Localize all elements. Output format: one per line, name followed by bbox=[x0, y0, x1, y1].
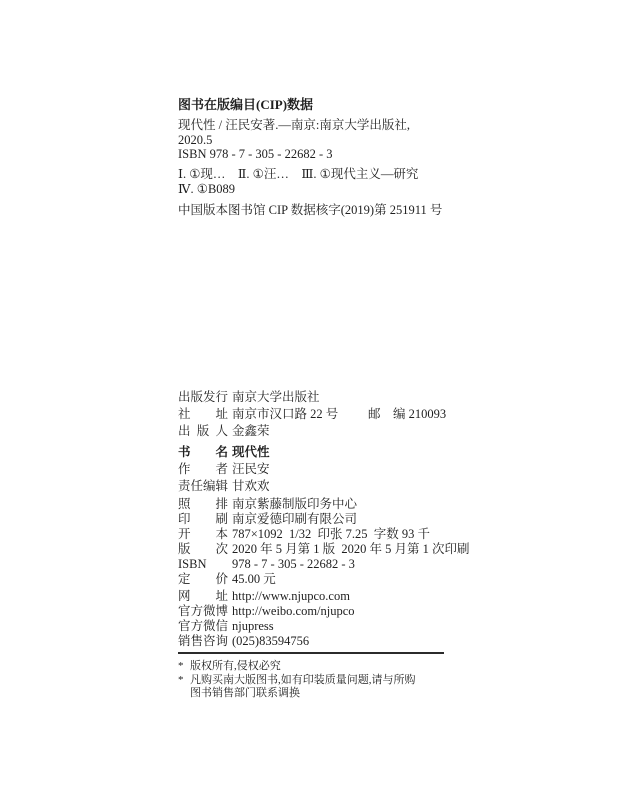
note-line: 图书销售部门联系调换 bbox=[190, 687, 416, 701]
row-address: 社址 南京市汉口路 22 号 邮 编 210093 bbox=[178, 406, 478, 423]
note-line: 版权所有,侵权必究 bbox=[190, 660, 281, 674]
row-label: 责任编辑 bbox=[178, 478, 228, 495]
row-label: ISBN bbox=[178, 557, 228, 572]
cip-data-block: 图书在版编目(CIP)数据 现代性 / 汪民安著.—南京:南京大学出版社, 20… bbox=[178, 97, 488, 218]
row-value: 汪民安 bbox=[232, 461, 270, 478]
row-edition: 版次 2020 年 5 月第 1 版 2020 年 5 月第 1 次印刷 bbox=[178, 542, 478, 557]
row-value: http://www.njupco.com bbox=[232, 589, 350, 604]
row-value: 南京爱德印刷有限公司 bbox=[232, 512, 357, 527]
row-label: 官方微博 bbox=[178, 604, 228, 619]
book-copyright-page: 图书在版编目(CIP)数据 现代性 / 汪民安著.—南京:南京大学出版社, 20… bbox=[0, 0, 640, 800]
row-label: 作者 bbox=[178, 461, 228, 478]
note-item: * 版权所有,侵权必究 bbox=[178, 660, 464, 674]
row-value: http://weibo.com/njupco bbox=[232, 604, 355, 619]
row-format: 开本 787×1092 1/32 印张 7.25 字数 93 千 bbox=[178, 527, 478, 542]
row-author: 作者 汪民安 bbox=[178, 461, 478, 478]
note-text: 凡购买南大版图书,如有印装质量问题,请与所购 图书销售部门联系调换 bbox=[190, 674, 416, 701]
cip-entry-line: 现代性 / 汪民安著.—南京:南京大学出版社, bbox=[178, 118, 488, 133]
asterisk-bullet: * bbox=[178, 660, 190, 674]
postal-code: 邮 编 210093 bbox=[368, 406, 446, 423]
row-value: 金鑫荣 bbox=[232, 423, 270, 440]
row-label: 出版发行 bbox=[178, 389, 228, 406]
row-value: (025)83594756 bbox=[232, 634, 309, 649]
row-value: 甘欢欢 bbox=[232, 478, 270, 495]
cip-record-line: 中国版本图书馆 CIP 数据核字(2019)第 251911 号 bbox=[178, 203, 488, 218]
row-price: 定价 45.00 元 bbox=[178, 572, 478, 587]
row-label: 印刷 bbox=[178, 512, 228, 527]
row-label: 网址 bbox=[178, 589, 228, 604]
cip-heading: 图书在版编目(CIP)数据 bbox=[178, 97, 488, 112]
row-printing: 印刷 南京爱德印刷有限公司 bbox=[178, 512, 478, 527]
colophon-block: 出版发行 南京大学出版社 社址 南京市汉口路 22 号 邮 编 210093 出… bbox=[178, 389, 478, 649]
row-label: 出版人 bbox=[178, 423, 228, 440]
row-label: 销售咨询 bbox=[178, 634, 228, 649]
row-book-title: 书名 现代性 bbox=[178, 444, 478, 461]
footer-notes: * 版权所有,侵权必究 * 凡购买南大版图书,如有印装质量问题,请与所购 图书销… bbox=[178, 660, 464, 701]
note-text: 版权所有,侵权必究 bbox=[190, 660, 281, 674]
row-label: 照排 bbox=[178, 497, 228, 512]
row-editor: 责任编辑 甘欢欢 bbox=[178, 478, 478, 495]
row-president: 出版人 金鑫荣 bbox=[178, 423, 478, 440]
row-value: 2020 年 5 月第 1 版 2020 年 5 月第 1 次印刷 bbox=[232, 542, 470, 557]
row-value: 现代性 bbox=[232, 444, 270, 461]
note-line: 凡购买南大版图书,如有印装质量问题,请与所购 bbox=[190, 674, 416, 688]
row-value: 45.00 元 bbox=[232, 572, 276, 587]
row-label: 官方微信 bbox=[178, 619, 228, 634]
row-value: 787×1092 1/32 印张 7.25 字数 93 千 bbox=[232, 527, 430, 542]
row-label: 版次 bbox=[178, 542, 228, 557]
row-label: 开本 bbox=[178, 527, 228, 542]
postal-value: 210093 bbox=[409, 407, 447, 421]
cip-classification-line: Ⅰ. ①现… Ⅱ. ①汪… Ⅲ. ①现代主义—研究 bbox=[178, 167, 488, 182]
postal-label: 邮 编 bbox=[368, 406, 406, 423]
row-value: njupress bbox=[232, 619, 274, 634]
row-value: 978 - 7 - 305 - 22682 - 3 bbox=[232, 557, 355, 572]
cip-entry-line: 2020.5 bbox=[178, 133, 488, 148]
row-sales-phone: 销售咨询 (025)83594756 bbox=[178, 634, 478, 649]
note-item: * 凡购买南大版图书,如有印装质量问题,请与所购 图书销售部门联系调换 bbox=[178, 674, 464, 701]
cip-isbn-line: ISBN 978 - 7 - 305 - 22682 - 3 bbox=[178, 147, 488, 162]
asterisk-bullet: * bbox=[178, 674, 190, 701]
row-website: 网址 http://www.njupco.com bbox=[178, 589, 478, 604]
row-value: 南京大学出版社 bbox=[232, 389, 320, 406]
row-typesetting: 照排 南京紫藤制版印务中心 bbox=[178, 497, 478, 512]
row-value: 南京市汉口路 22 号 bbox=[232, 406, 338, 423]
row-label: 书名 bbox=[178, 444, 228, 461]
cip-classification-line: Ⅳ. ①B089 bbox=[178, 182, 488, 197]
row-publisher: 出版发行 南京大学出版社 bbox=[178, 389, 478, 406]
row-wechat: 官方微信 njupress bbox=[178, 619, 478, 634]
divider-rule bbox=[178, 652, 444, 654]
row-value: 南京紫藤制版印务中心 bbox=[232, 497, 357, 512]
row-weibo: 官方微博 http://weibo.com/njupco bbox=[178, 604, 478, 619]
row-label: 定价 bbox=[178, 572, 228, 587]
row-isbn: ISBN 978 - 7 - 305 - 22682 - 3 bbox=[178, 557, 478, 572]
row-label: 社址 bbox=[178, 406, 228, 423]
